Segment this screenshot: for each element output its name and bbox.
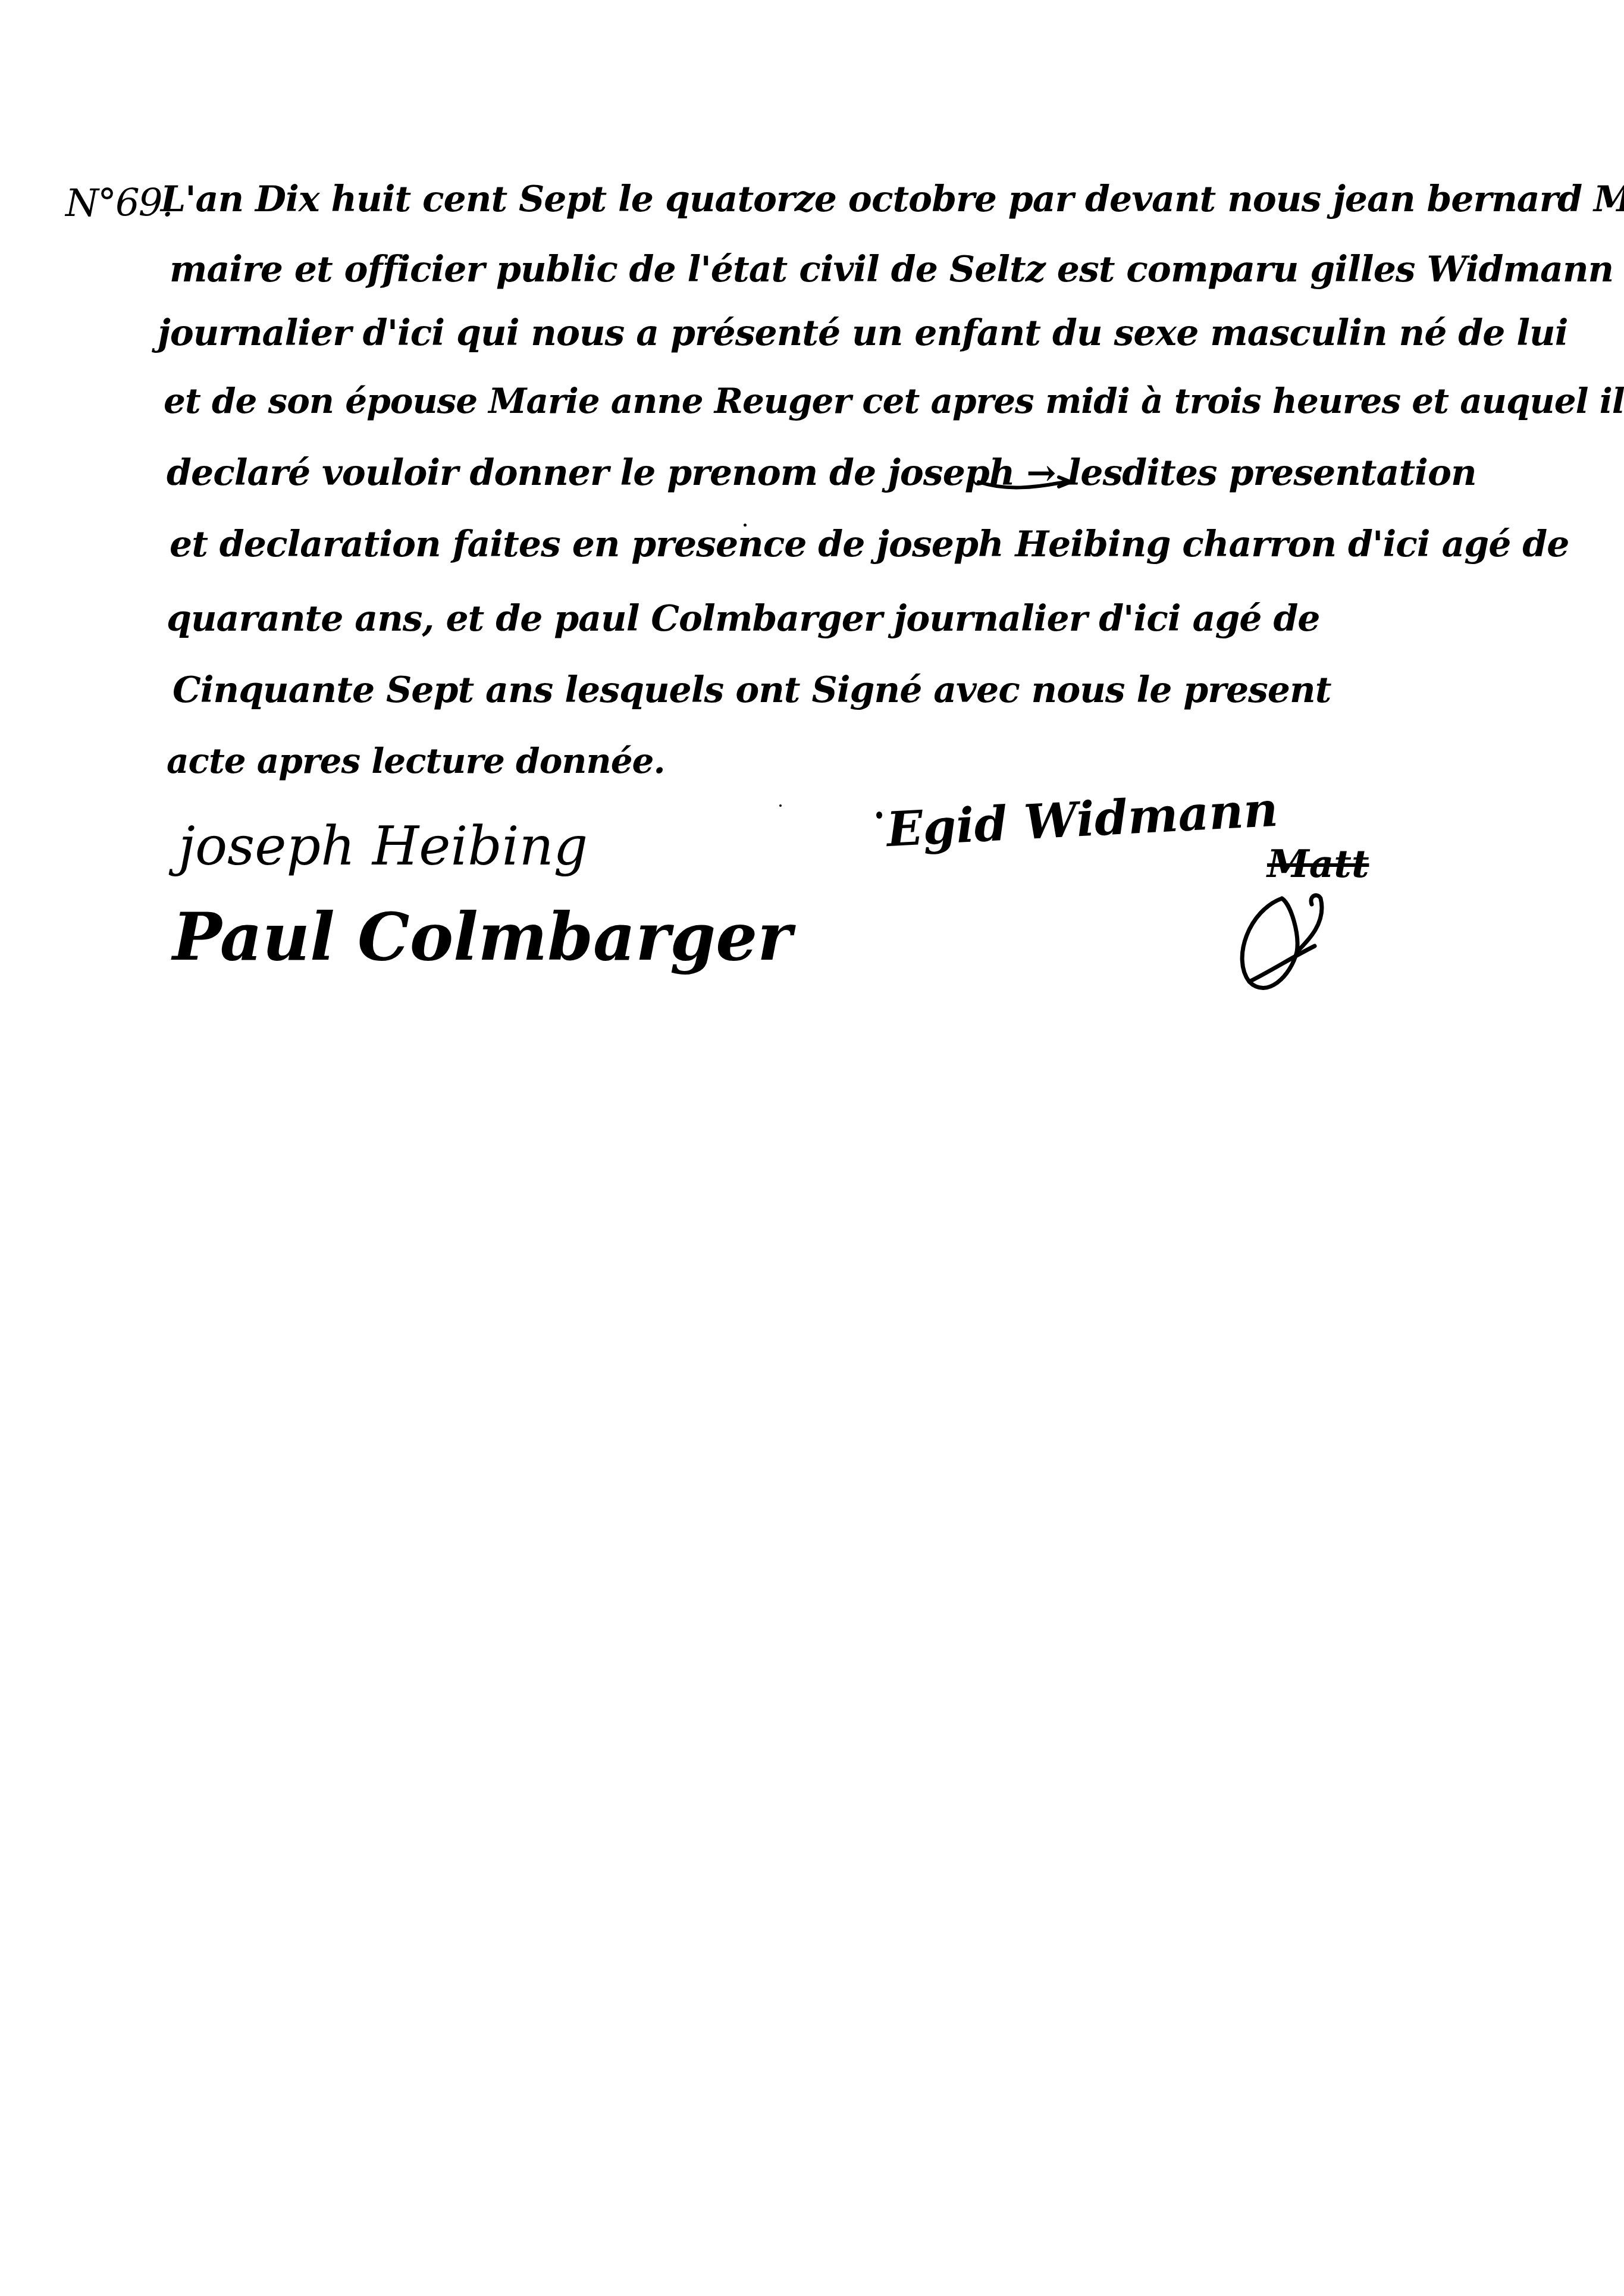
- record-line-6: et declaration faites en presence de jos…: [170, 524, 1569, 565]
- paraph-flourish-icon: [1225, 887, 1344, 1006]
- scan-speck: [876, 812, 882, 819]
- signature-heibing: joseph Heibing: [178, 815, 588, 878]
- arrow-flourish-icon: [976, 470, 1077, 494]
- record-line-2: maire et officier public de l'état civil…: [170, 249, 1613, 290]
- scan-speck: [744, 524, 747, 527]
- document-page: N°69. L'an Dix huit cent Sept le quatorz…: [0, 0, 1624, 2296]
- scan-speck: [779, 804, 782, 807]
- record-line-7: quarante ans, et de paul Colmbarger jour…: [167, 598, 1320, 640]
- record-line-8: Cinquante Sept ans lesquels ont Signé av…: [173, 669, 1331, 711]
- signature-widmann: Egid Widmann: [885, 781, 1280, 857]
- entry-number: N°69.: [65, 181, 173, 225]
- signature-colmbarger: Paul Colmbarger: [173, 898, 792, 975]
- record-line-4: et de son épouse Marie anne Reuger cet a…: [164, 381, 1624, 421]
- record-line-3: journalier d'ici qui nous a présenté un …: [158, 312, 1568, 354]
- signature-matt: Matt: [1267, 842, 1369, 887]
- record-line-9: acte apres lecture donnée.: [167, 741, 665, 781]
- record-line-5: declaré vouloir donner le prenom de jose…: [167, 452, 1476, 494]
- record-line-1: L'an Dix huit cent Sept le quatorze octo…: [161, 178, 1624, 220]
